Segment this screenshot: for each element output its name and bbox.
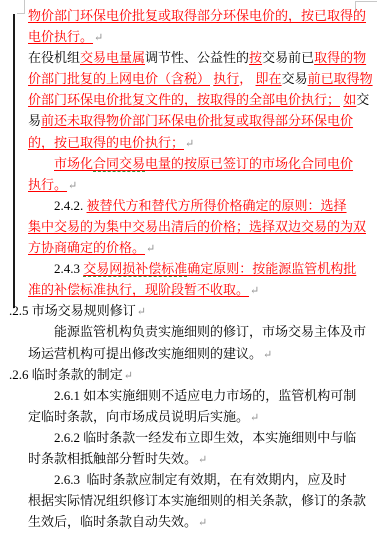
paragraph-mark-icon: ↵ <box>262 349 272 361</box>
text-segment: 前已取得物 <box>308 71 373 86</box>
text-boundary-mark-top-left-horizontal <box>17 13 25 14</box>
text-segment: 执行。 <box>28 177 67 192</box>
text-line[interactable]: 场运营机构可提出修改实施细则的建议。↵ <box>28 343 360 364</box>
text-segment: 取得的物 <box>314 50 366 65</box>
text-line[interactable]: 定临时条款，向市场成员说明后实施。↵ <box>28 406 360 427</box>
text-line[interactable]: 2.6.3 临时条款应制定有效期，在有效期内，应及时 <box>54 469 360 490</box>
paragraph-mark-icon: ↵ <box>123 370 133 382</box>
text-segment: 交易 <box>282 71 308 86</box>
text-segment: 按 <box>249 50 262 65</box>
text-line[interactable]: 价部门环保电价批复文件的，按取得的全部电价执行； 如交 <box>28 89 360 110</box>
text-line[interactable]: 的，按已取得的电价执行；↵ <box>28 132 360 153</box>
text-segment: 前还未取得物价部门环保电价批复或取得部分环保电价 <box>41 113 353 128</box>
text-segment: 定临时条款，向市场成员说明后实施。 <box>28 409 249 424</box>
text-line[interactable]: 在役机组交易电量属调节性、公益性的按交易前已取得的物 <box>28 47 360 68</box>
text-segment: 合同交易 <box>93 156 145 172</box>
text-segment: 市场化 <box>54 156 93 171</box>
text-segment: 2.4.2. <box>54 198 87 213</box>
text-line[interactable]: 易前还未取得物价部门环保电价批复或取得部分环保电价 <box>28 110 360 131</box>
text-segment: 2.6.3 临时条款应制定有效期，在有效期内，应及时 <box>54 472 347 487</box>
text-line[interactable]: .2.6 临时条款的制定↵ <box>9 364 360 385</box>
paragraph-mark-icon: ↵ <box>249 285 259 297</box>
text-segment: 2.6.1 如本实施细则不适应电力市场的，监管机构可制 <box>54 388 356 403</box>
text-segment: 时条款相抵触部分暂时失效。 <box>28 451 197 466</box>
text-segment: 价部门环保电价批复文件的，按取得的全部电价执行； <box>28 92 340 107</box>
text-segment: .2.6 临时条款的制定 <box>9 367 123 382</box>
text-segment: 物价部门环保电价批复或取得部分环保电价的，按已取得的 <box>28 8 366 23</box>
text-segment: ， <box>239 71 252 86</box>
text-line[interactable]: 2.6.1 如本实施细则不适应电力市场的，监管机构可制 <box>54 385 360 406</box>
text-line[interactable]: 2.4.3 交易网损补偿标准确定原则：按能源监管机构批 <box>54 258 360 279</box>
text-segment: 执行 <box>213 71 239 86</box>
text-segment: 易 <box>28 113 41 128</box>
text-boundary-mark-top-right-horizontal <box>355 1 377 2</box>
text-segment: 交易前已 <box>262 50 314 65</box>
text-segment: 如 <box>343 92 356 107</box>
text-line[interactable]: 集中交易的为集中交易出清后的价格；选择双边交易的为双 <box>28 216 360 237</box>
text-segment: 根据实际情况组织修订本实施细则的相关条款，修订的条款 <box>28 493 366 508</box>
text-line[interactable]: 电价执行。↵ <box>28 26 360 47</box>
text-segment: 方协商确定的价格。 <box>28 240 145 255</box>
paragraph-mark-icon: ↵ <box>184 138 194 150</box>
text-line[interactable]: .2.5 市场交易规则修订↵ <box>9 300 360 321</box>
text-line[interactable]: 能源监管机构负责实施细则的修订，市场交易主体及市 <box>54 321 360 342</box>
text-line[interactable]: 2.6.2 临时条款一经发布立即生效，本实施细则中与临 <box>54 427 360 448</box>
paragraph-mark-icon: ↵ <box>197 454 207 466</box>
word-document-page: 物价部门环保电价批复或取得部分环保电价的，按已取得的电价执行。↵在役机组交易电量… <box>0 0 377 541</box>
text-segment: 交易电量属 <box>80 50 145 65</box>
text-segment: 电价执行。 <box>28 29 93 44</box>
text-segment: .2.5 市场交易规则修订 <box>9 303 136 318</box>
paragraph-mark-icon: ↵ <box>145 243 155 255</box>
paragraph-mark-icon: ↵ <box>67 180 77 192</box>
paragraph-mark-icon: ↵ <box>93 32 103 44</box>
text-segment: 场运营机构可提出修改实施细则的建议。 <box>28 346 262 361</box>
text-segment: 2.4.3 <box>54 261 83 276</box>
paragraph-mark-icon: ↵ <box>136 306 146 318</box>
text-line[interactable]: 价部门批复的上网电价（含税） 执行， 即在交易前已取得物 <box>28 68 360 89</box>
text-line[interactable]: 执行。↵ <box>28 174 360 195</box>
paragraph-mark-icon: ↵ <box>249 412 259 424</box>
text-segment: 生效后，临时条款自动失效。 <box>28 514 197 529</box>
text-line[interactable]: 方协商确定的价格。↵ <box>28 237 360 258</box>
text-segment: 交 <box>356 92 369 107</box>
text-segment: 调节性、公益性的 <box>145 50 249 65</box>
text-segment: 准的补偿标准执行，现阶段暂不收取。 <box>28 282 249 297</box>
text-segment: 交易网损补偿标准 <box>83 261 187 277</box>
text-segment: 的，按已取得的电价执行； <box>28 135 184 150</box>
text-line[interactable]: 根据实际情况组织修订本实施细则的相关条款，修订的条款 <box>28 490 360 511</box>
text-boundary-mark-top-left-vertical <box>24 0 25 14</box>
text-line[interactable]: 时条款相抵触部分暂时失效。↵ <box>28 448 360 469</box>
revision-change-bar <box>13 14 15 308</box>
text-segment: 集中交易的为集中交易出清后的价格；选择双边交易的为双 <box>28 219 366 234</box>
text-line[interactable]: 生效后，临时条款自动失效。↵ <box>28 511 360 532</box>
text-segment: 即在 <box>256 71 282 86</box>
text-segment: 价部门批复的上网电价（含税） <box>28 71 210 86</box>
text-segment: 能源监管机构负责实施细则的修订，市场交易主体及市 <box>54 324 366 339</box>
text-segment: 确定原则：按能源监管机构批 <box>187 261 356 276</box>
document-text[interactable]: 物价部门环保电价批复或取得部分环保电价的，按已取得的电价执行。↵在役机组交易电量… <box>28 5 360 532</box>
paragraph-mark-icon: ↵ <box>197 517 207 529</box>
text-line[interactable]: 2.4.2. 被替代方和替代方所得价格确定的原则：选择 <box>54 195 360 216</box>
text-segment: 电量的按原已签订的市场化合同电价 <box>145 156 353 171</box>
text-segment: 2.6.2 临时条款一经发布立即生效，本实施细则中与临 <box>54 430 356 445</box>
text-line[interactable]: 准的补偿标准执行，现阶段暂不收取。↵ <box>28 279 360 300</box>
text-line[interactable]: 市场化合同交易电量的按原已签订的市场化合同电价 <box>54 153 360 174</box>
text-line[interactable]: 物价部门环保电价批复或取得部分环保电价的，按已取得的 <box>28 5 360 26</box>
text-segment: 在役机组 <box>28 50 80 65</box>
text-segment: 被替代方和替代方所得价格确定的原则：选择 <box>87 198 347 213</box>
